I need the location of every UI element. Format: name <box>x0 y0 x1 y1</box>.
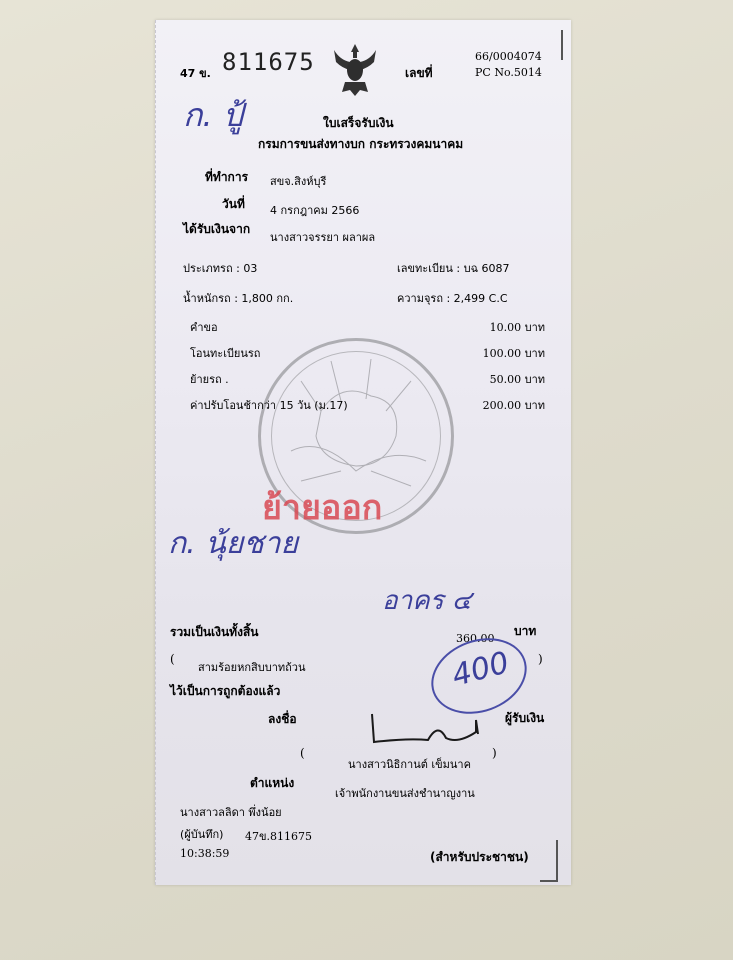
signer-name: นางสาวนิธิกานต์ เข็มนาค <box>348 755 471 773</box>
signature-icon <box>368 712 488 752</box>
total-in-words: สามร้อยหกสิบบาทถ้วน <box>198 658 305 676</box>
fee-label: โอนทะเบียนรถ <box>190 344 260 362</box>
paper-edge-mark <box>540 880 558 882</box>
fee-amount: 10.00 บาท <box>490 318 545 336</box>
paper-edge-mark <box>561 30 563 60</box>
paper-edge-mark <box>556 840 558 882</box>
recorder-label: (ผู้บันทึก) <box>180 825 223 843</box>
recorder-reference: 47ข.811675 <box>245 827 312 845</box>
handwritten-note-middle: ก. นุ้ยชาย <box>168 520 298 567</box>
copy-designation: (สำหรับประชาชน) <box>430 848 529 867</box>
vehicle-weight: น้ำหนักรถ : 1,800 กก. <box>183 289 293 307</box>
receiver-label: ผู้รับเงิน <box>505 709 544 728</box>
received-from-value: นางสาวจรรยา ผลาผล <box>270 228 375 246</box>
certified-text: ไว้เป็นการถูกต้องแล้ว <box>170 682 280 701</box>
fee-label: ย้ายรถ . <box>190 370 229 388</box>
signer-close: ) <box>492 746 497 760</box>
book-number: 47 ข. <box>180 64 211 82</box>
receipt-title: ใบเสร็จรับเงิน <box>323 114 394 133</box>
received-from-label: ได้รับเงินจาก <box>183 220 250 239</box>
total-unit: บาท <box>514 622 536 641</box>
total-words-close: ) <box>538 652 543 666</box>
total-words-open: ( <box>170 652 175 666</box>
position-value: เจ้าพนักงานขนส่งชำนาญงาน <box>335 784 475 802</box>
garuda-emblem-icon <box>330 40 380 100</box>
fee-amount: 50.00 บาท <box>490 370 545 388</box>
issuer: กรมการขนส่งทางบก กระทรวงคมนาคม <box>258 135 463 154</box>
position-label: ตำแหน่ง <box>250 774 294 793</box>
recorder-name: นางสาวลลิดา พึ่งน้อย <box>180 803 282 821</box>
fee-label: ค่าปรับโอนช้ากว่า 15 วัน (ม.17) <box>190 396 348 414</box>
record-time: 10:38:59 <box>180 847 229 860</box>
total-label: รวมเป็นเงินทั้งสิ้น <box>170 623 258 642</box>
signer-open: ( <box>300 746 305 760</box>
vehicle-type: ประเภทรถ : 03 <box>183 259 257 277</box>
serial-number: 811675 <box>222 48 315 76</box>
fee-amount: 200.00 บาท <box>483 396 545 414</box>
number-label: เลขที่ <box>405 64 433 83</box>
engine-capacity: ความจุรถ : 2,499 C.C <box>397 289 508 307</box>
fee-amount: 100.00 บาท <box>483 344 545 362</box>
receipt-number: 66/0004074 <box>475 50 542 63</box>
fee-label: คำขอ <box>190 318 218 336</box>
handwritten-building-note: อาคร ๔ <box>382 580 472 621</box>
pc-number: PC No.5014 <box>475 66 542 79</box>
handwritten-note-top: ก. ปู้ <box>183 90 243 141</box>
office-value: สขจ.สิงห์บุรี <box>270 172 326 190</box>
date-value: 4 กรกฎาคม 2566 <box>270 201 359 219</box>
office-label: ที่ทำการ <box>205 168 248 187</box>
registration-number: เลขทะเบียน : บฉ 6087 <box>397 259 510 277</box>
date-label: วันที่ <box>222 195 245 214</box>
sign-label: ลงชื่อ <box>268 710 297 729</box>
